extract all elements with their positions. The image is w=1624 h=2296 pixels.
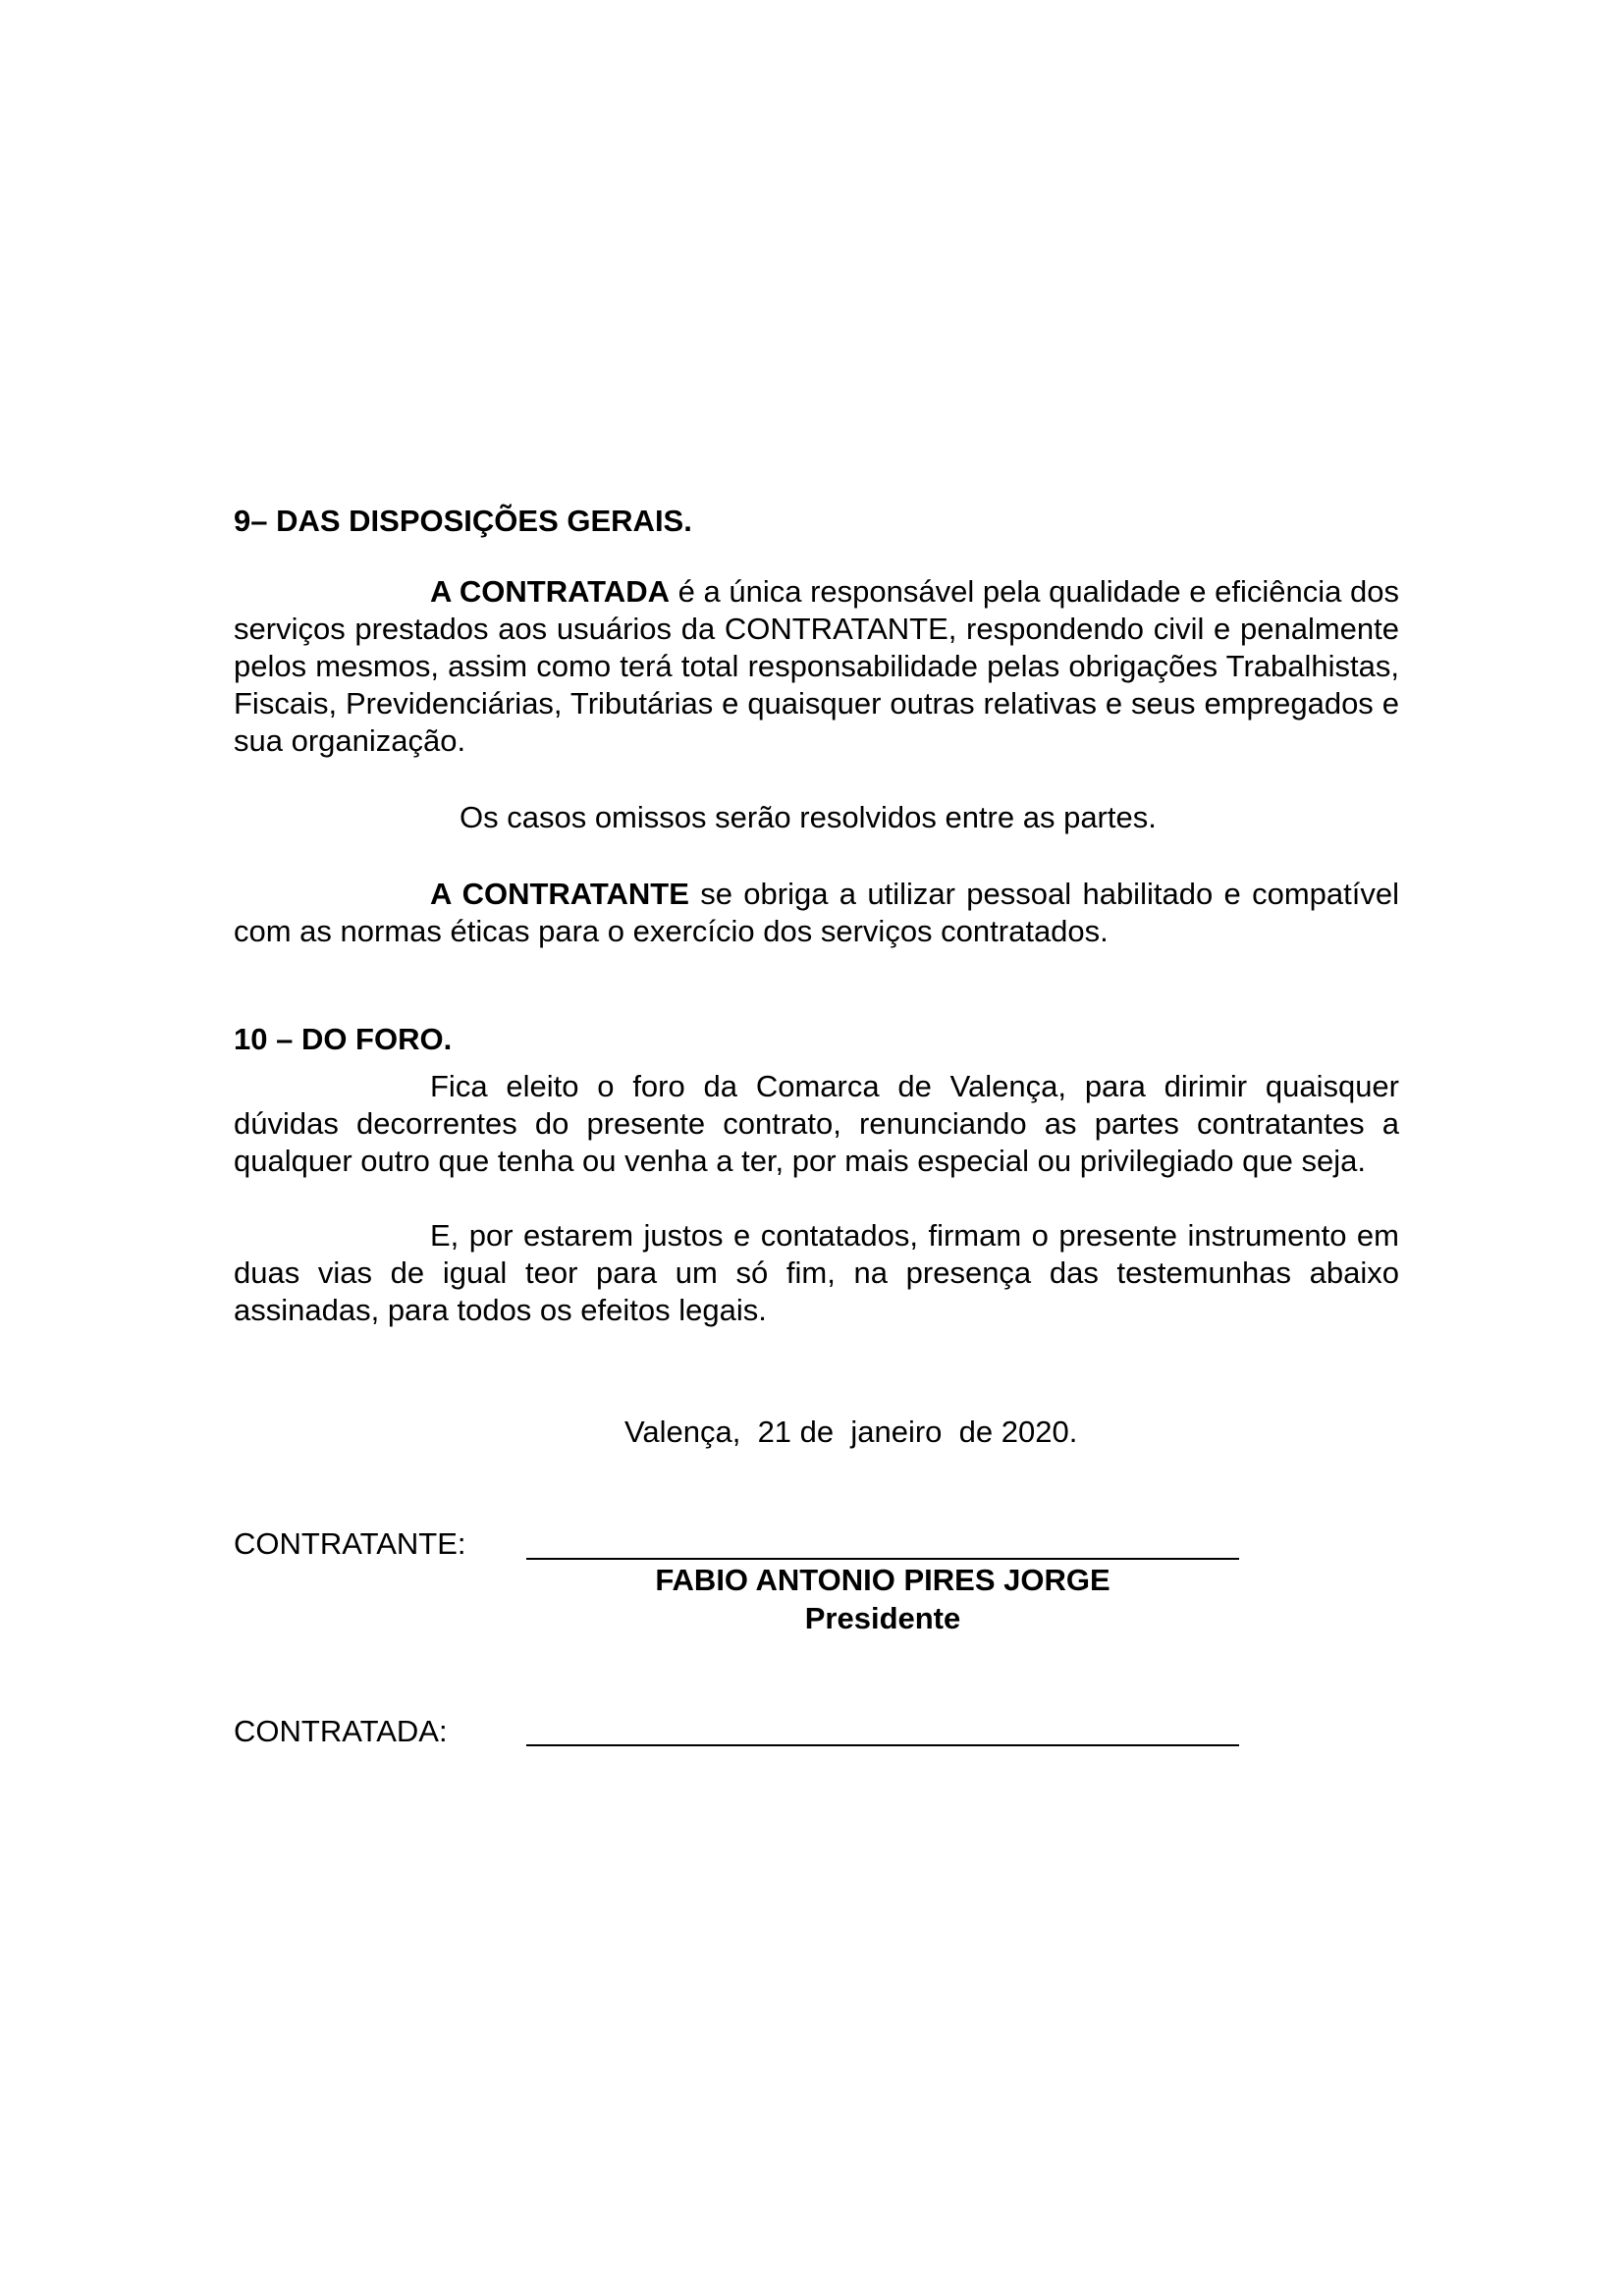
contratada-term: A CONTRATADA xyxy=(430,574,670,609)
section-9-paragraph-2: Os casos omissos serão resolvidos entre … xyxy=(234,799,1399,836)
contratante-label: CONTRATANTE: xyxy=(234,1525,466,1563)
paragraph-text: é a única responsável pela qualidade e e… xyxy=(234,574,1399,758)
section-9-paragraph-1: A CONTRATADA é a única responsável pela … xyxy=(234,573,1399,760)
contratada-signature-line xyxy=(526,1744,1239,1746)
paragraph-text: se obriga a utilizar pessoal habilitado … xyxy=(234,877,1399,948)
section-10-heading: 10 – DO FORO. xyxy=(234,1021,1399,1058)
section-10-paragraph-1: Fica eleito o foro da Comarca de Valença… xyxy=(234,1068,1399,1180)
section-10-paragraph-2: E, por estarem justos e contatados, firm… xyxy=(234,1217,1399,1329)
section-9-paragraph-3: A CONTRATANTE se obriga a utilizar pesso… xyxy=(234,876,1399,950)
contratada-label: CONTRATADA: xyxy=(234,1713,448,1750)
contratante-name: FABIO ANTONIO PIRES JORGE xyxy=(526,1562,1239,1599)
contratante-role: Presidente xyxy=(526,1600,1239,1637)
document-page: 9– DAS DISPOSIÇÕES GERAIS. A CONTRATADA … xyxy=(0,0,1624,2296)
contratante-term: A CONTRATANTE xyxy=(430,877,689,911)
date-line: Valença, 21 de janeiro de 2020. xyxy=(624,1414,1077,1451)
contratante-signature-line xyxy=(526,1558,1239,1560)
section-9-heading: 9– DAS DISPOSIÇÕES GERAIS. xyxy=(234,503,1399,540)
